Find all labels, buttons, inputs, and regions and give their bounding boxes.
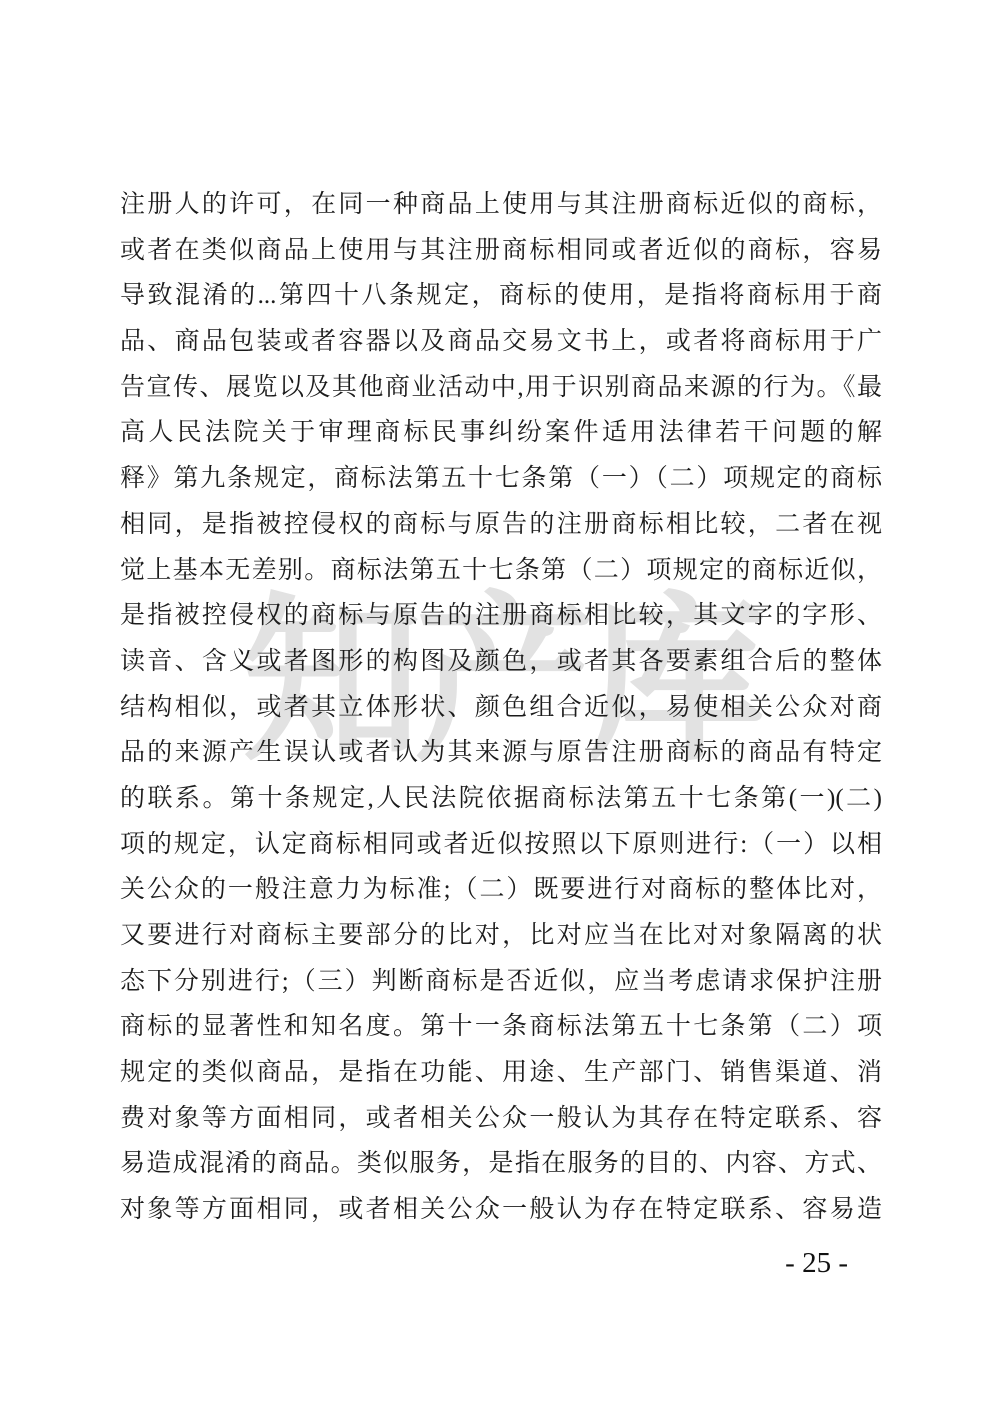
text-line: 结构相似，或者其立体形状、颜色组合近似，易使相关公众对商: [120, 685, 882, 731]
text-line: 告宣传、展览以及其他商业活动中,用于识别商品来源的行为。《最: [120, 365, 882, 411]
text-line: 关公众的一般注意力为标准;（二）既要进行对商标的整体比对，: [120, 867, 882, 913]
text-line: 高人民法院关于审理商标民事纠纷案件适用法律若干问题的解: [120, 410, 882, 456]
text-line: 相同，是指被控侵权的商标与原告的注册商标相比较，二者在视: [120, 502, 882, 548]
text-line: 注册人的许可，在同一种商品上使用与其注册商标近似的商标，: [120, 182, 882, 228]
text-line: 觉上基本无差别。商标法第五十七条第（二）项规定的商标近似，: [120, 548, 882, 594]
text-line: 商标的显著性和知名度。第十一条商标法第五十七条第（二）项: [120, 1004, 882, 1050]
text-line: 费对象等方面相同，或者相关公众一般认为其存在特定联系、容: [120, 1096, 882, 1142]
body-text-block: 注册人的许可，在同一种商品上使用与其注册商标近似的商标， 或者在类似商品上使用与…: [120, 182, 882, 1233]
text-line: 对象等方面相同，或者相关公众一般认为存在特定联系、容易造: [120, 1187, 882, 1233]
text-line: 的联系。第十条规定,人民法院依据商标法第五十七条第(一)(二): [120, 776, 882, 822]
text-line: 规定的类似商品，是指在功能、用途、生产部门、销售渠道、消: [120, 1050, 882, 1096]
text-line: 项的规定，认定商标相同或者近似按照以下原则进行:（一）以相: [120, 822, 882, 868]
page-number: - 25 -: [785, 1243, 848, 1283]
text-line: 是指被控侵权的商标与原告的注册商标相比较，其文字的字形、: [120, 593, 882, 639]
text-line: 释》第九条规定，商标法第五十七条第（一）（二）项规定的商标: [120, 456, 882, 502]
text-line: 易造成混淆的商品。类似服务，是指在服务的目的、内容、方式、: [120, 1141, 882, 1187]
text-line: 或者在类似商品上使用与其注册商标相同或者近似的商标，容易: [120, 228, 882, 274]
text-line: 导致混淆的...第四十八条规定，商标的使用，是指将商标用于商: [120, 273, 882, 319]
text-line: 品的来源产生误认或者认为其来源与原告注册商标的商品有特定: [120, 730, 882, 776]
text-line: 品、商品包装或者容器以及商品交易文书上，或者将商标用于广: [120, 319, 882, 365]
text-line: 读音、含义或者图形的构图及颜色，或者其各要素组合后的整体: [120, 639, 882, 685]
text-line: 态下分别进行;（三）判断商标是否近似，应当考虑请求保护注册: [120, 959, 882, 1005]
document-page: 知产库 注册人的许可，在同一种商品上使用与其注册商标近似的商标， 或者在类似商品…: [0, 0, 1000, 1414]
text-line: 又要进行对商标主要部分的比对，比对应当在比对对象隔离的状: [120, 913, 882, 959]
